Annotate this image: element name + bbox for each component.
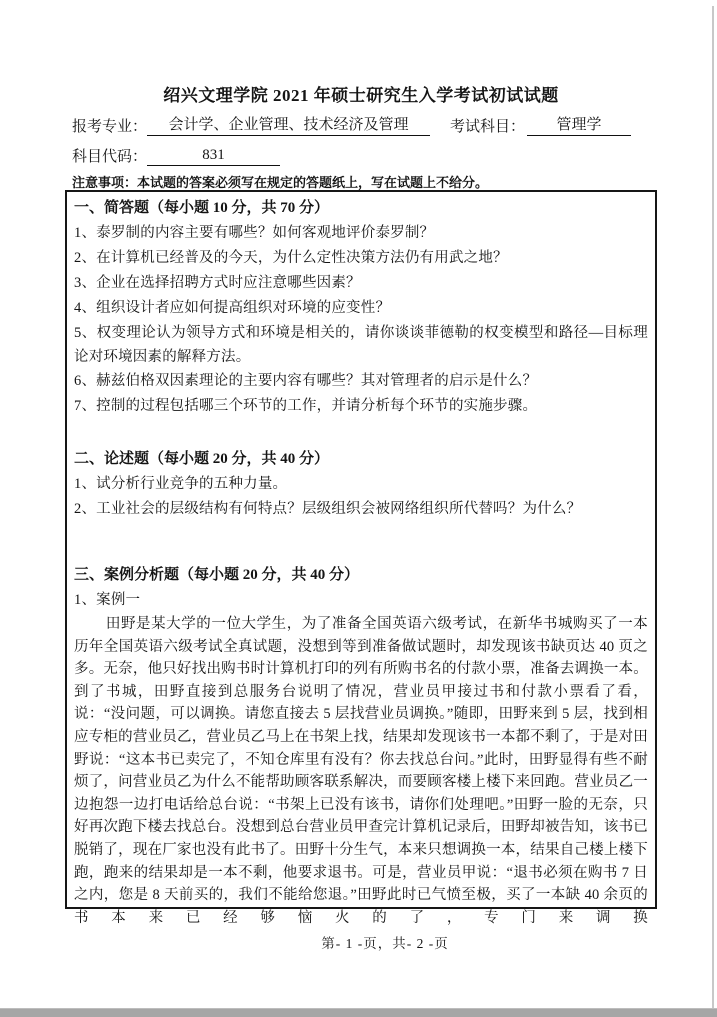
subject-label: 考试科目： xyxy=(450,115,525,136)
scan-edge-bottom-strip xyxy=(0,1008,717,1017)
question-box: 一、简答题（每小题 10 分，共 70 分） 1、泰罗制的内容主要有哪些？如何客… xyxy=(65,190,657,909)
notice-text: 注意事项：本试题的答案必须写在规定的答题纸上，写在试题上不给分。 xyxy=(72,172,488,191)
section-2-question-1: 1、试分析行业竞争的五种力量。 xyxy=(74,472,648,497)
code-label: 科目代码： xyxy=(72,145,147,166)
section-1-question-5: 5、权变理论认为领导方式和环境是相关的，请你谈谈菲德勒的权变模型和路径—目标理论… xyxy=(74,321,648,369)
page-title: 绍兴文理学院 2021 年硕士研究生入学考试初试试题 xyxy=(65,81,657,106)
section-1-question-2: 2、在计算机已经普及的今天，为什么定性决策方法仍有用武之地？ xyxy=(74,246,648,271)
section-2-heading: 二、论述题（每小题 20 分，共 40 分） xyxy=(74,446,648,472)
section-1-question-6: 6、赫兹伯格双因素理论的主要内容有哪些？其对管理者的启示是什么？ xyxy=(74,369,648,394)
section-3-question-1: 1、案例一 xyxy=(74,588,648,613)
section-2-question-2: 2、工业社会的层级结构有何特点？层级组织会被网络组织所代替吗？为什么？ xyxy=(74,497,648,522)
exam-paper-scan: 绍兴文理学院 2021 年硕士研究生入学考试初试试题 报考专业：会计学、企业管理… xyxy=(0,0,717,1017)
section-1-question-4: 4、组织设计者应如何提高组织对环境的应变性？ xyxy=(74,296,648,321)
header-line-major-subject: 报考专业：会计学、企业管理、技术经济及管理考试科目：管理学 xyxy=(72,115,631,136)
scan-edge-right-line xyxy=(712,6,714,1017)
code-value: 831 xyxy=(147,145,280,166)
major-label: 报考专业： xyxy=(72,115,147,136)
section-1-question-1: 1、泰罗制的内容主要有哪些？如何客观地评价泰罗制？ xyxy=(74,221,648,246)
section-3-heading: 三、案例分析题（每小题 20 分，共 40 分） xyxy=(74,562,648,588)
header-line-code: 科目代码：831 xyxy=(72,145,280,166)
section-1-heading: 一、简答题（每小题 10 分，共 70 分） xyxy=(74,195,648,221)
section-1-question-3: 3、企业在选择招聘方式时应注意哪些因素？ xyxy=(74,271,648,296)
subject-value: 管理学 xyxy=(527,115,631,136)
page-footer: 第- 1 -页，共- 2 -页 xyxy=(65,932,705,952)
case-paragraph: 田野是某大学的一位大学生，为了准备全国英语六级考试，在新华书城购买了一本历年全国… xyxy=(74,613,648,929)
section-1-question-7: 7、控制的过程包括哪三个环节的工作，并请分析每个环节的实施步骤。 xyxy=(74,394,648,419)
major-value: 会计学、企业管理、技术经济及管理 xyxy=(147,115,430,136)
